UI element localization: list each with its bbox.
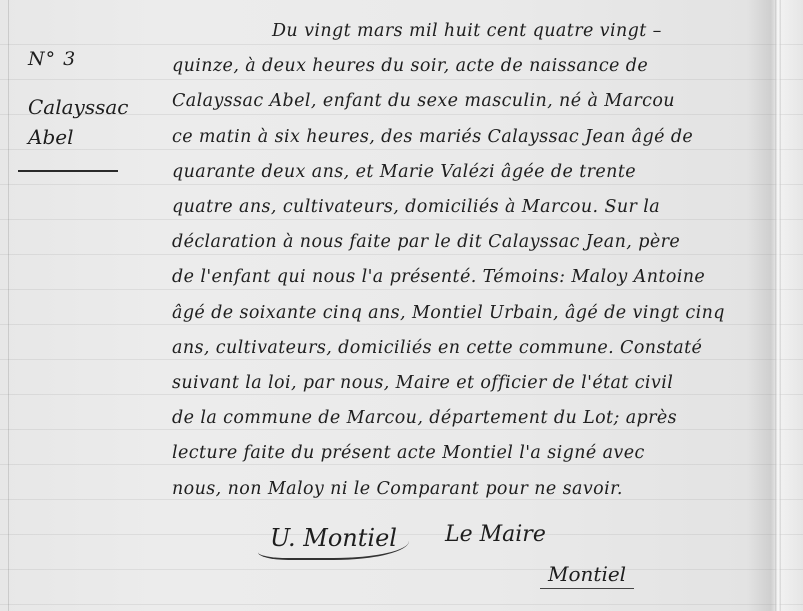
mayor-title: Le Maire xyxy=(445,522,546,547)
margin-given-name: Abel xyxy=(28,122,138,152)
record-line: Du vingt mars mil huit cent quatre vingt… xyxy=(172,14,762,49)
record-line: quatre ans, cultivateurs, domiciliés à M… xyxy=(172,190,762,225)
book-spine-edge xyxy=(775,0,781,611)
page-gutter-line xyxy=(8,0,9,611)
margin-surname: Calayssac xyxy=(28,92,138,122)
entry-number: N° 3 xyxy=(28,48,138,70)
record-line: de la commune de Marcou, département du … xyxy=(172,401,762,436)
record-line: de l'enfant qui nous l'a présenté. Témoi… xyxy=(172,260,762,295)
record-line: quarante deux ans, et Marie Valézi âgée … xyxy=(172,155,762,190)
record-line: Calayssac Abel, enfant du sexe masculin,… xyxy=(172,84,762,119)
witness-signature: U. Montiel xyxy=(258,522,409,560)
record-body: Du vingt mars mil huit cent quatre vingt… xyxy=(172,14,762,507)
record-line: âgé de soixante cinq ans, Montiel Urbain… xyxy=(172,296,762,331)
record-line: nous, non Maloy ni le Comparant pour ne … xyxy=(172,472,762,507)
record-line: quinze, à deux heures du soir, acte de n… xyxy=(172,49,762,84)
record-line: ce matin à six heures, des mariés Calays… xyxy=(172,120,762,155)
record-line: suivant la loi, par nous, Maire et offic… xyxy=(172,366,762,401)
record-line: lecture faite du présent acte Montiel l'… xyxy=(172,436,762,471)
record-line: déclaration à nous faite par le dit Cala… xyxy=(172,225,762,260)
register-page: N° 3 Calayssac Abel Du vingt mars mil hu… xyxy=(0,0,803,611)
margin-underline xyxy=(18,170,118,172)
record-line: ans, cultivateurs, domiciliés en cette c… xyxy=(172,331,762,366)
margin-note: N° 3 Calayssac Abel xyxy=(28,48,138,172)
mayor-signature: Montiel xyxy=(540,562,634,589)
